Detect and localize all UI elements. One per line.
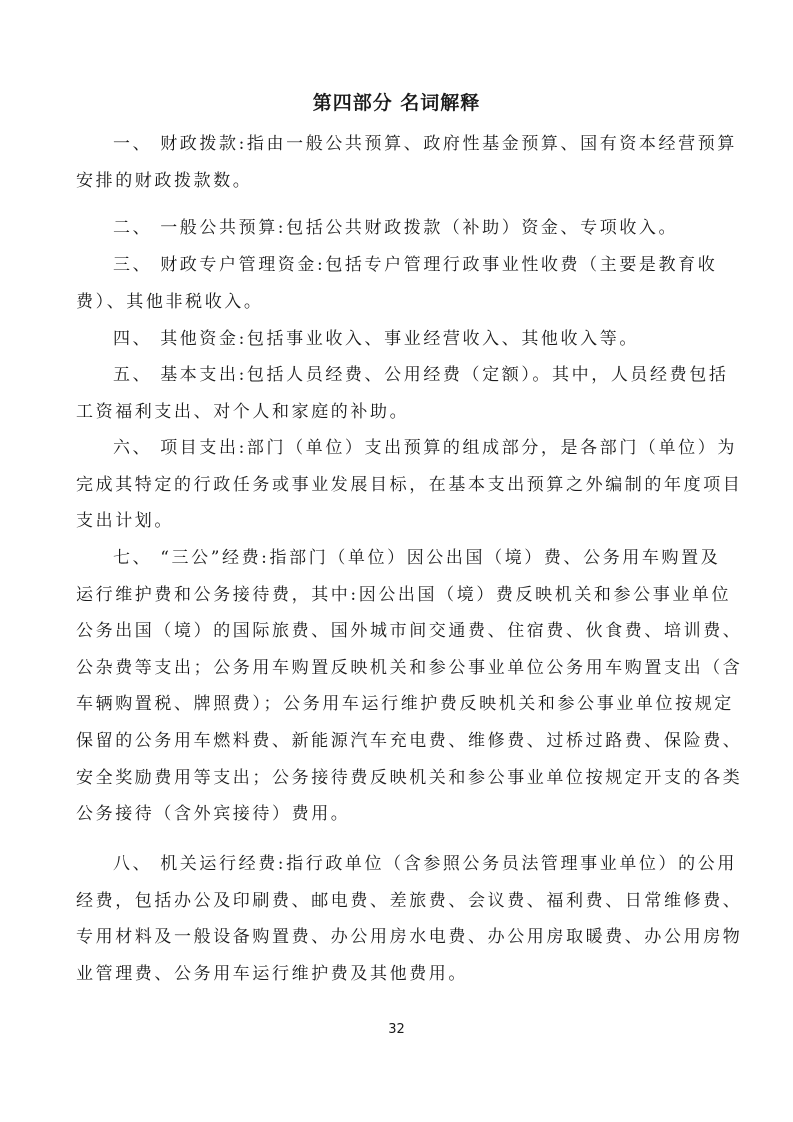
definition-project-expenditure: 六、 项目支出:部门（单位）支出预算的组成部分，是各部门（单位）为 完成其特定的… — [76, 430, 716, 540]
definition-three-public-expenses: 七、 “三公”经费:指部门（单位）因公出国（境）费、公务用车购置及 运行维护费和… — [76, 540, 716, 833]
paragraph-line: 六、 项目支出:部门（单位）支出预算的组成部分，是各部门（单位）为 — [76, 430, 716, 467]
paragraph-line: 八、 机关运行经费:指行政单位（含参照公务员法管理事业单位）的公用 — [76, 846, 716, 883]
paragraph-line: 公杂费等支出；公务用车购置反映机关和参公事业单位公务用车购置支出（含 — [76, 650, 716, 687]
paragraph-line: 公务出国（境）的国际旅费、国外城市间交通费、住宿费、伙食费、培训费、 — [76, 613, 716, 650]
paragraph-line: 经费，包括办公及印刷费、邮电费、差旅费、会议费、福利费、日常维修费、 — [76, 883, 716, 920]
paragraph-line: 三、 财政专户管理资金:包括专户管理行政事业性收费（主要是教育收 — [76, 247, 716, 284]
paragraph-line: 费）、其他非税收入。 — [76, 284, 716, 321]
paragraph-line: 业管理费、公务用车运行维护费及其他费用。 — [76, 956, 716, 993]
paragraph-line: 工资福利支出、对个人和家庭的补助。 — [76, 394, 716, 431]
definition-other-funds: 四、 其他资金:包括事业收入、事业经营收入、其他收入等。 — [76, 321, 716, 358]
paragraph-line: 一、 财政拨款:指由一般公共预算、政府性基金预算、国有资本经营预算 — [76, 126, 716, 163]
definition-agency-operating-expenses: 八、 机关运行经费:指行政单位（含参照公务员法管理事业单位）的公用 经费，包括办… — [76, 846, 716, 992]
definition-special-account-funds: 三、 财政专户管理资金:包括专户管理行政事业性收费（主要是教育收 费）、其他非税… — [76, 247, 716, 320]
paragraph-line: 车辆购置税、牌照费）；公务用车运行维护费反映机关和参公事业单位按规定 — [76, 686, 716, 723]
paragraph-line: 完成其特定的行政任务或事业发展目标，在基本支出预算之外编制的年度项目 — [76, 467, 716, 504]
paragraph-line: 安全奖励费用等支出；公务接待费反映机关和参公事业单位按规定开支的各类 — [76, 760, 716, 797]
paragraph-line: 支出计划。 — [76, 503, 716, 540]
paragraph-line: 四、 其他资金:包括事业收入、事业经营收入、其他收入等。 — [76, 321, 716, 358]
definition-basic-expenditure: 五、 基本支出:包括人员经费、公用经费（定额）。其中，人员经费包括 工资福利支出… — [76, 357, 716, 430]
paragraph-line: 运行维护费和公务接待费，其中:因公出国（境）费反映机关和参公事业单位 — [76, 577, 716, 614]
definition-financial-appropriation: 一、 财政拨款:指由一般公共预算、政府性基金预算、国有资本经营预算 安排的财政拨… — [76, 126, 716, 199]
paragraph-line: 七、 “三公”经费:指部门（单位）因公出国（境）费、公务用车购置及 — [76, 540, 716, 577]
paragraph-line: 专用材料及一般设备购置费、办公用房水电费、办公用房取暖费、办公用房物 — [76, 919, 716, 956]
paragraph-line: 安排的财政拨款数。 — [76, 163, 716, 200]
paragraph-line: 二、 一般公共预算:包括公共财政拨款（补助）资金、专项收入。 — [76, 210, 716, 247]
page-title: 第四部分 名词解释 — [0, 88, 793, 115]
document-page: 第四部分 名词解释 一、 财政拨款:指由一般公共预算、政府性基金预算、国有资本经… — [0, 0, 793, 1122]
definition-general-public-budget: 二、 一般公共预算:包括公共财政拨款（补助）资金、专项收入。 — [76, 210, 716, 247]
paragraph-line: 保留的公务用车燃料费、新能源汽车充电费、维修费、过桥过路费、保险费、 — [76, 723, 716, 760]
paragraph-line: 公务接待（含外宾接待）费用。 — [76, 796, 716, 833]
page-number: 32 — [0, 1022, 793, 1037]
paragraph-line: 五、 基本支出:包括人员经费、公用经费（定额）。其中，人员经费包括 — [76, 357, 716, 394]
